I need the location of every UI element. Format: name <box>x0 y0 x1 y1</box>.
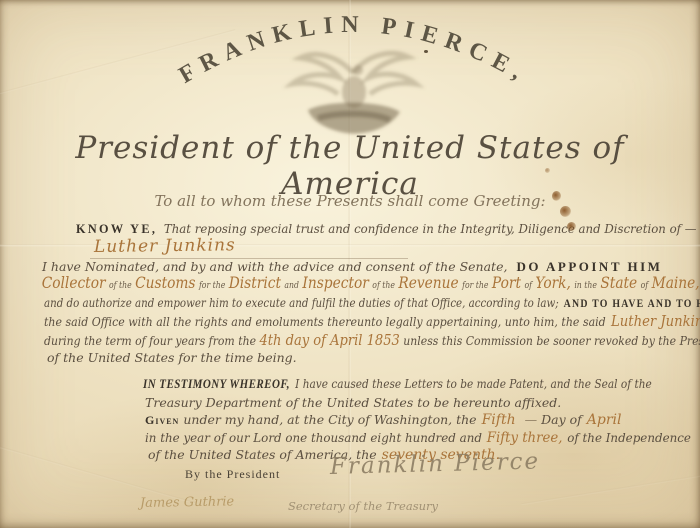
year-suffix: of the Independence <box>567 430 691 445</box>
office-segment: for the <box>462 281 488 291</box>
know-ye-text: That reposing special trust and confiden… <box>164 221 697 236</box>
given-line: Givenunder my hand, at the City of Washi… <box>145 412 627 428</box>
secretary-signature: James Guthrie <box>140 494 234 511</box>
by-president-label: By the President <box>185 467 280 482</box>
given-text: under my hand, at the City of Washington… <box>183 412 476 427</box>
rights-line: the said Office with all the rights and … <box>44 312 700 330</box>
know-ye-line: KNOW YE,That reposing special trust and … <box>76 221 697 237</box>
authorize-text: and do authorize and empower him to exec… <box>44 295 559 310</box>
office-segment: for the <box>199 281 225 291</box>
office-segment: Revenue <box>398 273 458 292</box>
secretary-title: Secretary of the Treasury <box>288 499 438 513</box>
testimony-line: IN TESTIMONY WHEREOF,I have caused these… <box>143 377 652 392</box>
year-text: in the year of our Lord one thousand eig… <box>145 430 482 445</box>
treasury-line: Treasury Department of the United States… <box>145 395 561 410</box>
office-segment: District <box>229 273 281 292</box>
corner-crease <box>521 469 700 505</box>
office-segment: Inspector <box>302 273 368 292</box>
fill-dash: — <box>525 412 538 427</box>
office-segment: Port <box>492 273 521 292</box>
office-segment: Maine, <box>652 273 700 292</box>
rights-appointee-name: Luther Junkins <box>611 312 700 330</box>
in-testimony-text: I have caused these Letters to be made P… <box>295 377 652 391</box>
appointee-name: Luther Junkins <box>94 235 236 257</box>
do-appoint-label: DO APPOINT HIM <box>516 259 662 274</box>
given-day: Fifth <box>482 412 516 428</box>
ink-stain <box>567 222 576 231</box>
term-line: during the term of four years from the4t… <box>44 331 700 349</box>
have-hold-label: AND TO HAVE AND TO HOLD, <box>564 296 700 310</box>
eagle-vignette-icon <box>278 48 428 140</box>
authorize-line: and do authorize and empower him to exec… <box>44 295 700 311</box>
office-segment: and <box>284 281 299 291</box>
term-date: 4th day of April 1853 <box>260 331 400 349</box>
year-handwritten: Fifty three, <box>487 430 563 446</box>
office-line: Collectorof theCustomsfor theDistrictand… <box>40 273 700 292</box>
term-line-2: of the United States for the time being. <box>47 350 297 365</box>
rights-text: the said Office with all the rights and … <box>44 314 606 329</box>
ink-stain <box>560 206 571 217</box>
office-segment: Collector <box>42 273 106 292</box>
office-segment: York, <box>535 273 570 292</box>
office-segment: of <box>641 281 649 291</box>
office-segment: in the <box>574 281 597 291</box>
office-segment: Customs <box>135 273 195 292</box>
term-post-text: unless this Commission be sooner revoked… <box>403 333 700 348</box>
office-segment: of <box>524 281 532 291</box>
commission-document: FRANKLIN PIERCE, President of the United… <box>0 0 700 528</box>
nominated-text: I have Nominated, and by and with the ad… <box>42 259 507 274</box>
greeting-line: To all to whom these Presents shall come… <box>0 192 700 210</box>
year-line: in the year of our Lord one thousand eig… <box>145 430 691 446</box>
in-testimony-label: IN TESTIMONY WHEREOF, <box>143 377 290 391</box>
ink-stain <box>552 191 561 201</box>
office-segment: of the <box>109 281 132 291</box>
given-text-2: Day of <box>541 412 582 427</box>
given-month: April <box>587 412 622 428</box>
know-ye-label: KNOW YE, <box>76 221 157 236</box>
paper-speck <box>424 50 428 53</box>
president-signature: Franklin Pierce <box>330 449 541 480</box>
given-label: Given <box>145 413 179 427</box>
office-segment: State <box>600 273 637 292</box>
ink-stain <box>545 168 550 173</box>
term-pre-text: during the term of four years from the <box>44 333 256 348</box>
office-segment: of the <box>372 281 395 291</box>
